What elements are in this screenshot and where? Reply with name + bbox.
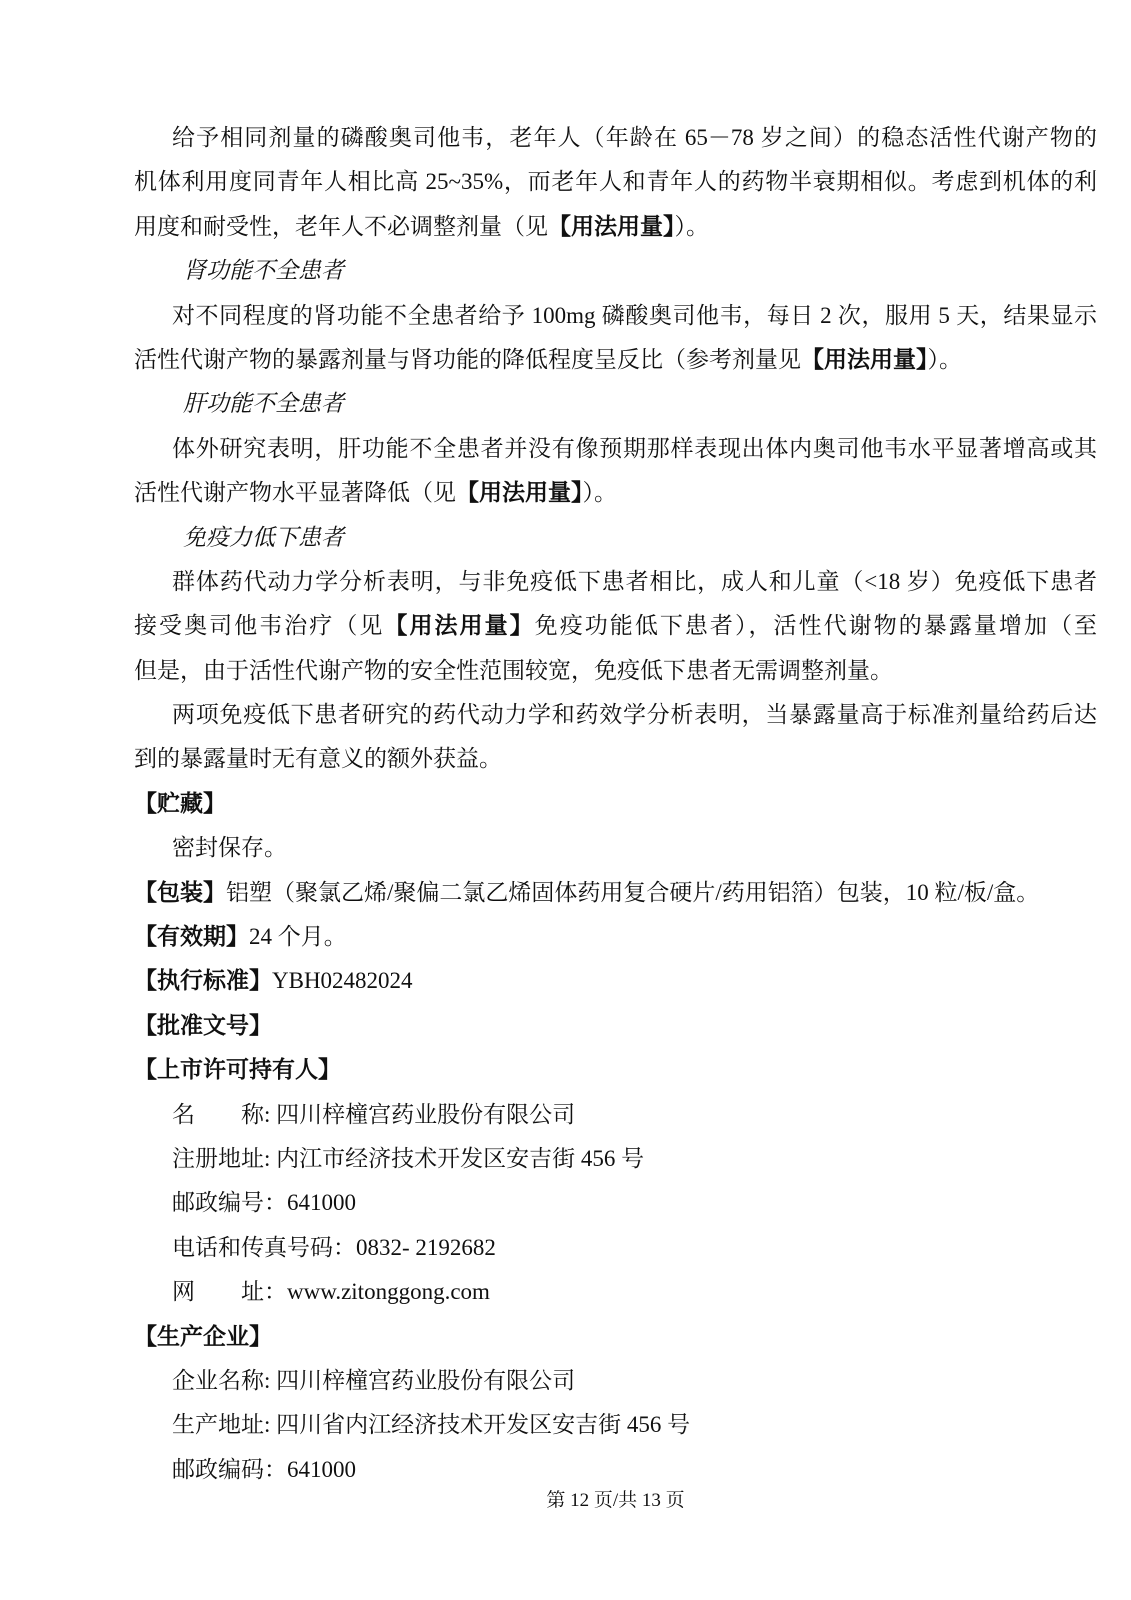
bold-reference-text: 【用法用量】 <box>456 480 583 505</box>
text-segment: 名 称: 四川梓橦宫药业股份有限公司 <box>172 1102 575 1127</box>
para-immuno-line-3: 但是，由于活性代谢产物的安全性范围较宽，免疫低下患者无需调整剂量。 <box>134 649 1097 693</box>
text-segment: YBH02482024 <box>272 968 413 993</box>
para-hepatic-line-2: 活性代谢产物水平显著降低（见【用法用量】）。 <box>134 471 1097 515</box>
text-segment: 活性代谢产物的暴露剂量与肾功能的降低程度呈反比（参考剂量见 <box>134 347 801 372</box>
text-segment: 铝塑（聚氯乙烯/聚偏二氯乙烯固体药用复合硬片/药用铝箔）包装，10 粒/板/盒。 <box>226 880 1039 905</box>
section-manufacturer: 【生产企业】 <box>134 1315 1097 1359</box>
section-license-holder: 【上市许可持有人】 <box>134 1048 1097 1092</box>
subheading-immunocompromised: 免疫力低下患者 <box>134 516 1097 560</box>
manufacturer-address: 生产地址: 四川省内江经济技术开发区安吉街 456 号 <box>134 1403 1097 1447</box>
text-segment: 邮政编码：641000 <box>172 1457 356 1482</box>
page-number-text: 第 12 页/共 13 页 <box>546 1490 684 1511</box>
document-body: 给予相同剂量的磷酸奥司他韦，老年人（年龄在 65－78 岁之间）的稳态活性代谢产… <box>134 116 1097 1492</box>
text-segment: 肝功能不全患者 <box>183 391 344 416</box>
subheading-hepatic-impairment: 肝功能不全患者 <box>134 382 1097 426</box>
para-immuno-line-2: 接受奥司他韦治疗（见【用法用量】免疫功能低下患者），活性代谢物的暴露量增加（至 … <box>134 604 1097 648</box>
storage-value: 密封保存。 <box>134 826 1097 870</box>
bold-reference-text: 【批准文号】 <box>134 1013 272 1038</box>
holder-website: 网 址：www.zitonggong.com <box>134 1270 1097 1314</box>
bold-reference-text: 【上市许可持有人】 <box>134 1057 341 1082</box>
manufacturer-name: 企业名称: 四川梓橦宫药业股份有限公司 <box>134 1359 1097 1403</box>
para-immuno-studies-line-1: 两项免疫低下患者研究的药代动力学和药效学分析表明，当暴露量高于标准剂量给药后达 <box>134 693 1097 737</box>
para-renal-line-2: 活性代谢产物的暴露剂量与肾功能的降低程度呈反比（参考剂量见【用法用量】）。 <box>134 338 1097 382</box>
section-storage: 【贮藏】 <box>134 782 1097 826</box>
bold-reference-text: 【包装】 <box>134 880 226 905</box>
text-segment: 电话和传真号码：0832- 2192682 <box>172 1235 496 1260</box>
bold-reference-text: 【用法用量】 <box>801 347 928 372</box>
text-segment: 机体利用度同青年人相比高 25~35%，而老年人和青年人的药物半衰期相似。考虑到… <box>134 169 1097 194</box>
para-renal-line-1: 对不同程度的肾功能不全患者给予 100mg 磷酸奥司他韦，每日 2 次，服用 5… <box>134 294 1097 338</box>
text-segment: 网 址：www.zitonggong.com <box>172 1279 490 1304</box>
section-validity: 【有效期】24 个月。 <box>134 915 1097 959</box>
text-segment: 两项免疫低下患者研究的药代动力学和药效学分析表明，当暴露量高于标准剂量给药后达 <box>172 702 1097 727</box>
text-segment: 但是，由于活性代谢产物的安全性范围较宽，免疫低下患者无需调整剂量。 <box>134 658 893 683</box>
holder-address: 注册地址: 内江市经济技术开发区安吉街 456 号 <box>134 1137 1097 1181</box>
text-segment: 活性代谢产物水平显著降低（见 <box>134 480 456 505</box>
text-segment: 密封保存。 <box>172 835 287 860</box>
text-segment: 对不同程度的肾功能不全患者给予 100mg 磷酸奥司他韦，每日 2 次，服用 5… <box>172 303 1097 328</box>
para-elderly-line-3: 用度和耐受性，老年人不必调整剂量（见【用法用量】）。 <box>134 205 1097 249</box>
bold-reference-text: 【贮藏】 <box>134 791 226 816</box>
text-segment: 肾功能不全患者 <box>183 258 344 283</box>
text-segment: 免疫力低下患者 <box>183 525 344 550</box>
subheading-renal-impairment: 肾功能不全患者 <box>134 249 1097 293</box>
page-footer: 第 12 页/共 13 页 <box>134 1488 1097 1514</box>
text-segment: 注册地址: 内江市经济技术开发区安吉街 456 号 <box>172 1146 644 1171</box>
text-segment: 24 个月。 <box>249 924 347 949</box>
text-segment: 接受奥司他韦治疗（见 <box>134 613 384 638</box>
bold-reference-text: 【有效期】 <box>134 924 249 949</box>
para-immuno-line-1: 群体药代动力学分析表明，与非免疫低下患者相比，成人和儿童（<18 岁）免疫低下患… <box>134 560 1097 604</box>
para-elderly-line-2: 机体利用度同青年人相比高 25~35%，而老年人和青年人的药物半衰期相似。考虑到… <box>134 160 1097 204</box>
text-segment: 邮政编号：641000 <box>172 1190 356 1215</box>
section-package: 【包装】铝塑（聚氯乙烯/聚偏二氯乙烯固体药用复合硬片/药用铝箔）包装，10 粒/… <box>134 871 1097 915</box>
para-immuno-studies-line-2: 到的暴露量时无有意义的额外获益。 <box>134 737 1097 781</box>
bold-reference-text: 【用法用量】 <box>384 613 534 638</box>
text-segment: ）。 <box>928 347 963 372</box>
text-segment: 企业名称: 四川梓橦宫药业股份有限公司 <box>172 1368 575 1393</box>
text-segment: ）。 <box>675 214 710 239</box>
text-segment: 用度和耐受性，老年人不必调整剂量（见 <box>134 214 548 239</box>
bold-reference-text: 【用法用量】 <box>548 214 675 239</box>
para-hepatic-line-1: 体外研究表明，肝功能不全患者并没有像预期那样表现出体内奥司他韦水平显著增高或其 <box>134 427 1097 471</box>
holder-name: 名 称: 四川梓橦宫药业股份有限公司 <box>134 1093 1097 1137</box>
section-standard: 【执行标准】YBH02482024 <box>134 959 1097 1003</box>
holder-postcode: 邮政编号：641000 <box>134 1181 1097 1225</box>
text-segment: 到的暴露量时无有意义的额外获益。 <box>134 746 502 771</box>
text-segment: 群体药代动力学分析表明，与非免疫低下患者相比，成人和儿童（<18 岁）免疫低下患… <box>172 569 1097 594</box>
para-elderly-line-1: 给予相同剂量的磷酸奥司他韦，老年人（年龄在 65－78 岁之间）的稳态活性代谢产… <box>134 116 1097 160</box>
bold-reference-text: 【执行标准】 <box>134 968 272 993</box>
text-segment: 生产地址: 四川省内江经济技术开发区安吉街 456 号 <box>172 1412 690 1437</box>
text-segment: ）。 <box>583 480 618 505</box>
text-segment: 给予相同剂量的磷酸奥司他韦，老年人（年龄在 65－78 岁之间）的稳态活性代谢产… <box>172 125 1097 150</box>
bold-reference-text: 【生产企业】 <box>134 1324 272 1349</box>
section-approval-number: 【批准文号】 <box>134 1004 1097 1048</box>
text-segment: 体外研究表明，肝功能不全患者并没有像预期那样表现出体内奥司他韦水平显著增高或其 <box>172 436 1097 461</box>
document-page: 给予相同剂量的磷酸奥司他韦，老年人（年龄在 65－78 岁之间）的稳态活性代谢产… <box>0 0 1131 1600</box>
holder-phone-fax: 电话和传真号码：0832- 2192682 <box>134 1226 1097 1270</box>
manufacturer-postcode: 邮政编码：641000 <box>134 1448 1097 1492</box>
